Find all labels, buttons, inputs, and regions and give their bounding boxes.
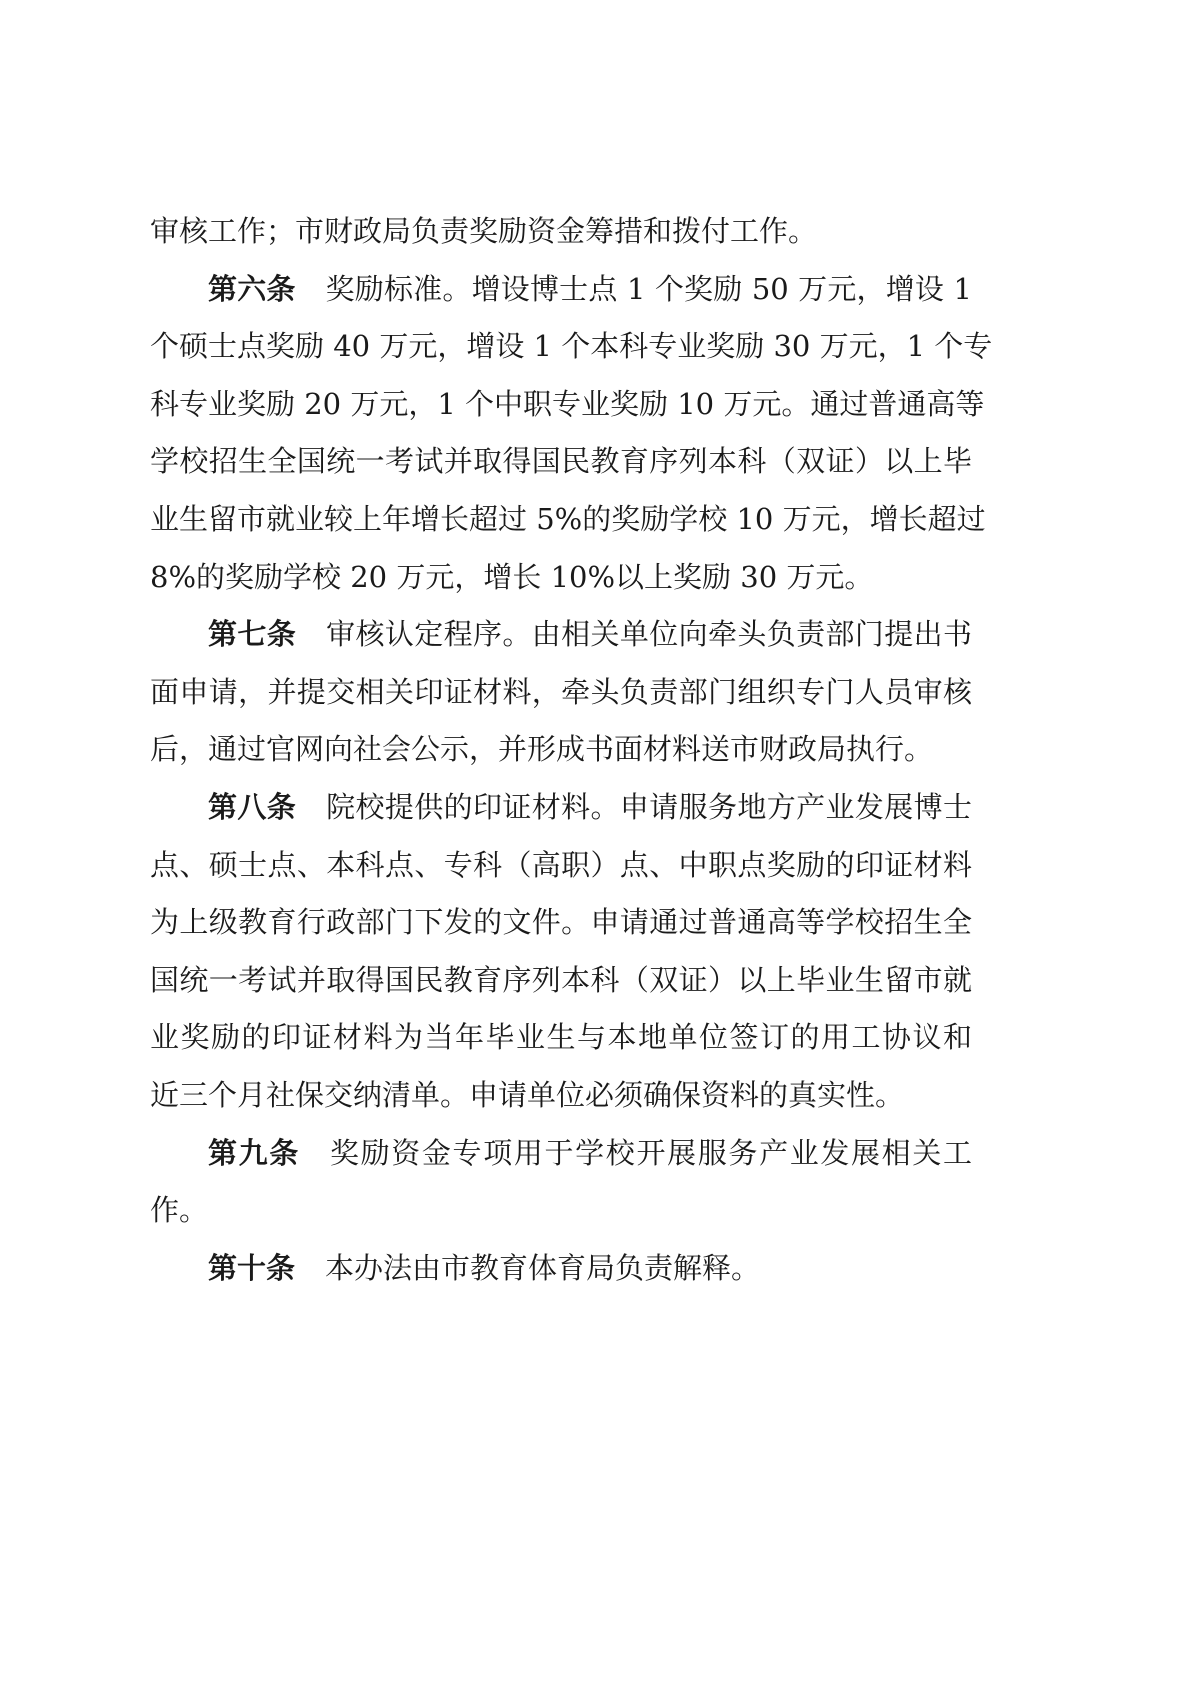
text-line: 点、硕士点、本科点、专科（高职）点、中职点奖励的印证材料 xyxy=(150,837,972,895)
article-text: 院校提供的印证材料。申请服务地方产业发展博士 xyxy=(326,790,972,824)
article-heading: 第八条 xyxy=(208,790,296,824)
article-text: 本办法由市教育体育局负责解释。 xyxy=(325,1251,760,1285)
document-page: 审核工作；市财政局负责奖励资金筹措和拨付工作。 第六条奖励标准。增设博士点 1 … xyxy=(0,0,1191,1684)
article-8-line-1: 第八条院校提供的印证材料。申请服务地方产业发展博士 xyxy=(150,779,972,837)
article-heading: 第七条 xyxy=(208,617,296,651)
article-text: 奖励资金专项用于学校开展服务产业发展相关工 xyxy=(330,1136,972,1170)
article-9-line-1: 第九条奖励资金专项用于学校开展服务产业发展相关工 xyxy=(150,1125,972,1183)
text-line: 国统一考试并取得国民教育序列本科（双证）以上毕业生留市就 xyxy=(150,952,972,1010)
article-10-line-1: 第十条本办法由市教育体育局负责解释。 xyxy=(150,1240,972,1298)
text-line: 作。 xyxy=(150,1182,972,1240)
article-heading: 第十条 xyxy=(208,1251,295,1285)
text-line: 面申请，并提交相关印证材料，牵头负责部门组织专门人员审核 xyxy=(150,664,972,722)
article-7-line-1: 第七条审核认定程序。由相关单位向牵头负责部门提出书 xyxy=(150,606,972,664)
text-line: 后，通过官网向社会公示，并形成书面材料送市财政局执行。 xyxy=(150,721,972,779)
text-line: 审核工作；市财政局负责奖励资金筹措和拨付工作。 xyxy=(150,203,972,261)
text-line: 为上级教育行政部门下发的文件。申请通过普通高等学校招生全 xyxy=(150,894,972,952)
article-heading: 第六条 xyxy=(208,272,296,306)
article-text: 奖励标准。增设博士点 1 个奖励 50 万元，增设 1 xyxy=(326,272,972,306)
text-line: 业奖励的印证材料为当年毕业生与本地单位签订的用工协议和 xyxy=(150,1009,972,1067)
document-body: 审核工作；市财政局负责奖励资金筹措和拨付工作。 第六条奖励标准。增设博士点 1 … xyxy=(150,203,972,1297)
text-line: 科专业奖励 20 万元，1 个中职专业奖励 10 万元。通过普通高等 xyxy=(150,376,972,434)
text-line: 近三个月社保交纳清单。申请单位必须确保资料的真实性。 xyxy=(150,1067,972,1125)
article-heading: 第九条 xyxy=(208,1136,300,1170)
text-line: 8%的奖励学校 20 万元，增长 10%以上奖励 30 万元。 xyxy=(150,549,972,607)
text-line: 学校招生全国统一考试并取得国民教育序列本科（双证）以上毕 xyxy=(150,433,972,491)
text-line: 个硕士点奖励 40 万元，增设 1 个本科专业奖励 30 万元，1 个专 xyxy=(150,318,972,376)
article-text: 审核认定程序。由相关单位向牵头负责部门提出书 xyxy=(326,617,972,651)
article-6-line-1: 第六条奖励标准。增设博士点 1 个奖励 50 万元，增设 1 xyxy=(150,261,972,319)
text-line: 业生留市就业较上年增长超过 5%的奖励学校 10 万元，增长超过 xyxy=(150,491,972,549)
